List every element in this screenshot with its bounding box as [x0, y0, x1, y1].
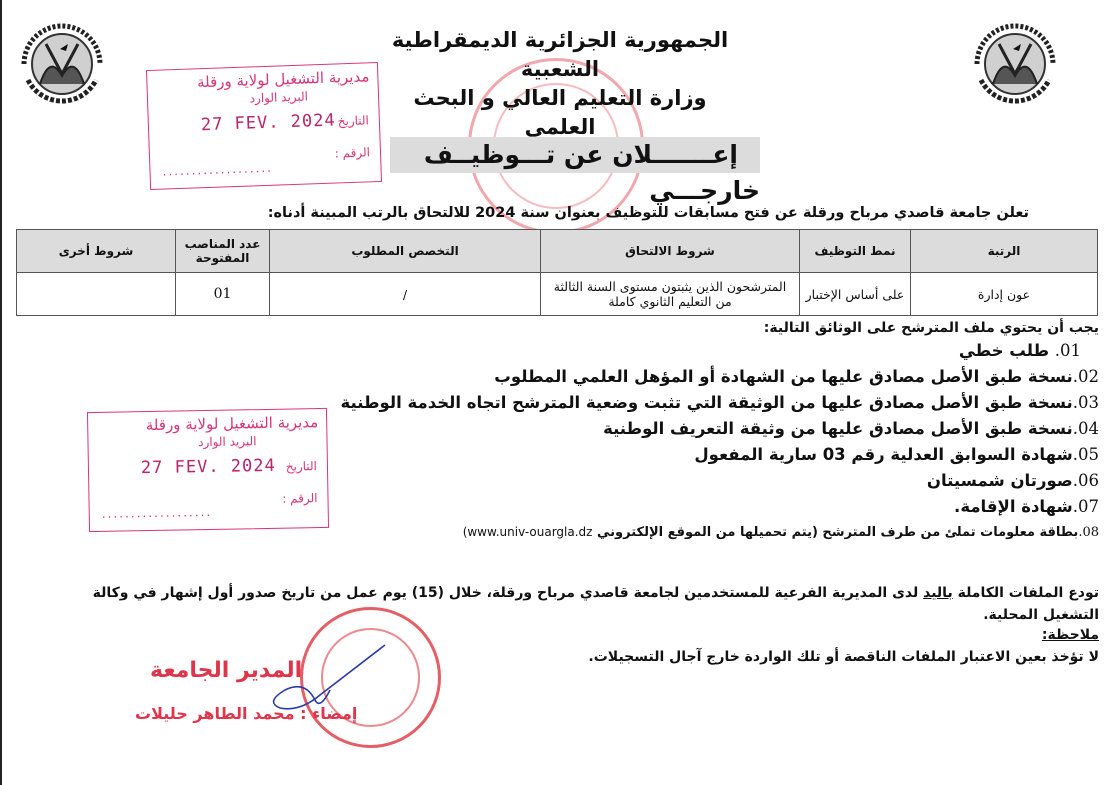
col-open-positions: عدد المناصب المفتوحة: [176, 230, 270, 273]
list-item: 08.بطاقة معلومات تملئ من طرف المترشح (يت…: [341, 520, 1099, 545]
documents-lead: يجب أن يحتوي ملف المترشح على الوثائق الت…: [341, 320, 1099, 336]
positions-table: الرتبة نمط التوظيف شروط الالتحاق التخصص …: [16, 229, 1098, 316]
list-item: 01. طلب خطي: [341, 338, 1099, 364]
university-logo-left: [2, 14, 122, 114]
col-other-conditions: شروط أخرى: [17, 230, 176, 273]
university-emblem-icon: [2, 14, 122, 114]
cell-recruitment-mode: على أساس الإختبار: [800, 273, 911, 316]
list-item: 04.نسخة طبق الأصل مصادق عليها من وثيقة ا…: [341, 416, 1099, 442]
col-recruitment-mode: نمط التوظيف: [800, 230, 911, 273]
reception-stamp-top: مديرية التشغيل لولاية ورقلة البريد الوار…: [146, 62, 382, 190]
list-item: 05.شهادة السوابق العدلية رقم 03 سارية ال…: [341, 442, 1099, 468]
cell-other-conditions: [17, 273, 176, 316]
ministry-name: وزارة التعليم العالي و البحث العلمي: [380, 84, 740, 142]
handwritten-signature-icon: [260, 640, 390, 720]
stamp-org: مديرية التشغيل لولاية ورقلة: [197, 67, 370, 91]
stamp-date: 27 FEV. 2024: [141, 456, 276, 478]
university-logo-right: [955, 14, 1075, 114]
page-left-border: [0, 0, 2, 785]
col-conditions: شروط الالتحاق: [541, 230, 800, 273]
announcement-title-bar: إعـــــــلان عن تـــوظيــف خارجـــي: [390, 137, 760, 173]
stamp-mail: البريد الوارد: [198, 434, 257, 449]
cell-rank: عون إدارة: [911, 273, 1098, 316]
list-item: 07.شهادة الإقامة.: [341, 494, 1099, 520]
intro-text: تعلن جامعة قاصدي مرباح ورقلة عن فتح مساب…: [268, 205, 1029, 221]
list-item: 03.نسخة طبق الأصل مصادق عليها من الوثيقة…: [341, 390, 1099, 416]
cell-open-positions: 01: [176, 273, 270, 316]
stamp-number-label: الرقم :: [335, 145, 371, 160]
note-text: لا تؤخذ بعين الاعتبار الملفات الناقصة أو…: [588, 649, 1099, 665]
cell-specialty: /: [270, 273, 541, 316]
documents-list: 01. طلب خطي 02.نسخة طبق الأصل مصادق عليه…: [341, 338, 1099, 545]
stamp-dots: ...................: [162, 161, 273, 179]
university-emblem-icon: [955, 14, 1075, 114]
stamp-org: مديرية التشغيل لولاية ورقلة: [146, 413, 319, 434]
by-hand-emphasis: باليد: [923, 585, 953, 601]
stamp-date-label: التاريخ: [337, 113, 369, 128]
republic-name: الجمهورية الجزائرية الديمقراطية الشعبية: [380, 26, 740, 84]
stamp-mail: البريد الوارد: [249, 89, 308, 105]
stamp-date-label: التاريخ: [286, 459, 317, 474]
col-specialty: التخصص المطلوب: [270, 230, 541, 273]
list-item: 02.نسخة طبق الأصل مصادق عليها من الشهادة…: [341, 364, 1099, 390]
stamp-dots: ...................: [102, 505, 213, 521]
website-link[interactable]: (www.univ-ouargla.dz: [463, 525, 593, 539]
deposit-instructions: تودع الملفات الكاملة باليد لدى المديرية …: [80, 582, 1099, 626]
cell-conditions: المترشحون الذين يثبتون مستوى السنة الثال…: [541, 273, 800, 316]
table-row: عون إدارة على أساس الإختبار المترشحون ال…: [17, 273, 1098, 316]
reception-stamp-middle: مديرية التشغيل لولاية ورقلة البريد الوار…: [87, 408, 329, 532]
col-rank: الرتبة: [911, 230, 1098, 273]
stamp-date: 27 FEV. 2024: [201, 111, 336, 136]
note-label: ملاحظة:: [1042, 627, 1099, 643]
stamp-number-label: الرقم :: [282, 491, 317, 506]
required-documents: يجب أن يحتوي ملف المترشح على الوثائق الت…: [341, 320, 1099, 545]
list-item: 06.صورتان شمسيتان: [341, 468, 1099, 494]
table-header-row: الرتبة نمط التوظيف شروط الالتحاق التخصص …: [17, 230, 1098, 273]
